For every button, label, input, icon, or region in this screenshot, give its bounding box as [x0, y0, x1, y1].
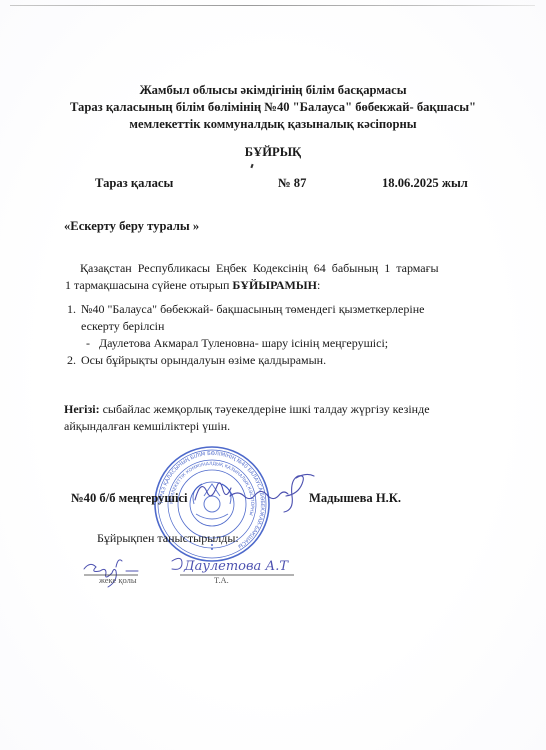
basis-line-1: Негізі: сыбайлас жемқорлық тәуекелдеріне… [64, 401, 504, 418]
order-item-1: 1. №40 "Балауса" бөбекжай- бақшасының тө… [67, 301, 487, 352]
dash-bullet: - [86, 335, 90, 352]
order-item-text-line-1: Осы бұйрықты орындалуын өзіме қалдырамын… [81, 352, 487, 369]
order-keyword: БҰЙЫРАМЫН [232, 278, 317, 292]
order-sub-item: - Даулетова Акмарал Туленовна- шару ісін… [81, 335, 487, 352]
document-number: № 87 [278, 176, 306, 191]
document-subject: «Ескерту беру туралы » [64, 219, 199, 234]
personal-signature-label: жеке қолы [99, 575, 137, 585]
document-city: Тараз қаласы [95, 176, 173, 191]
basis-line-2: айқындалған кемшіліктері үшін. [64, 418, 504, 435]
document-meta-row: Тараз қаласы № 87 18.06.2025 жыл [0, 176, 546, 192]
scan-edge-line [10, 5, 535, 6]
order-item-text-line-1: №40 "Балауса" бөбекжай- бақшасының төмен… [81, 301, 487, 318]
basis-text: сыбайлас жемқорлық тәуекелдеріне ішкі та… [100, 402, 430, 416]
acknowledgement-handwritten-name: Даулетова А.Т [183, 559, 289, 574]
order-items-list: 1. №40 "Балауса" бөбекжай- бақшасының тө… [67, 301, 487, 369]
acknowledgement-label: Бұйрықпен таныстырылды: [97, 531, 239, 546]
document-title: БҰЙРЫҚ [0, 145, 546, 160]
initials-label: Т.А. [214, 575, 229, 585]
order-item-number: 2. [67, 352, 76, 369]
preamble: Қазақстан Республикасы Еңбек Кодексінің … [65, 260, 485, 294]
order-item-2: 2. Осы бұйрықты орындалуын өзіме қалдыра… [67, 352, 487, 369]
preamble-line-1: Қазақстан Республикасы Еңбек Кодексінің … [65, 260, 485, 277]
preamble-line-2-text: 1 тармақшасына сүйене отырып [65, 278, 232, 292]
preamble-colon: : [317, 278, 320, 292]
document-date: 18.06.2025 жыл [382, 176, 468, 191]
head-signature-icon [190, 470, 320, 515]
header-line-1: Жамбыл облысы әкімдігінің білім басқарма… [0, 82, 546, 99]
preamble-line-2: 1 тармақшасына сүйене отырып БҰЙЫРАМЫН: [65, 277, 485, 294]
header-line-3: мемлекеттік коммуналдық қазыналық кәсіпо… [0, 116, 546, 133]
signatory-role: №40 б/б меңгерушісі [71, 491, 188, 506]
header-line-2: Тараз қаласының білім бөлімінің №40 "Бал… [0, 99, 546, 116]
order-item-text-line-2: ескерту берілсін [81, 318, 487, 335]
order-item-number: 1. [67, 301, 76, 318]
basis-paragraph: Негізі: сыбайлас жемқорлық тәуекелдеріне… [64, 401, 504, 435]
organization-header: Жамбыл облысы әкімдігінің білім басқарма… [0, 82, 546, 133]
order-sub-item-text: Даулетова Акмарал Туленовна- шару ісінің… [99, 336, 388, 350]
signatory-name: Мадышева Н.К. [309, 491, 401, 506]
basis-label: Негізі: [64, 402, 100, 416]
